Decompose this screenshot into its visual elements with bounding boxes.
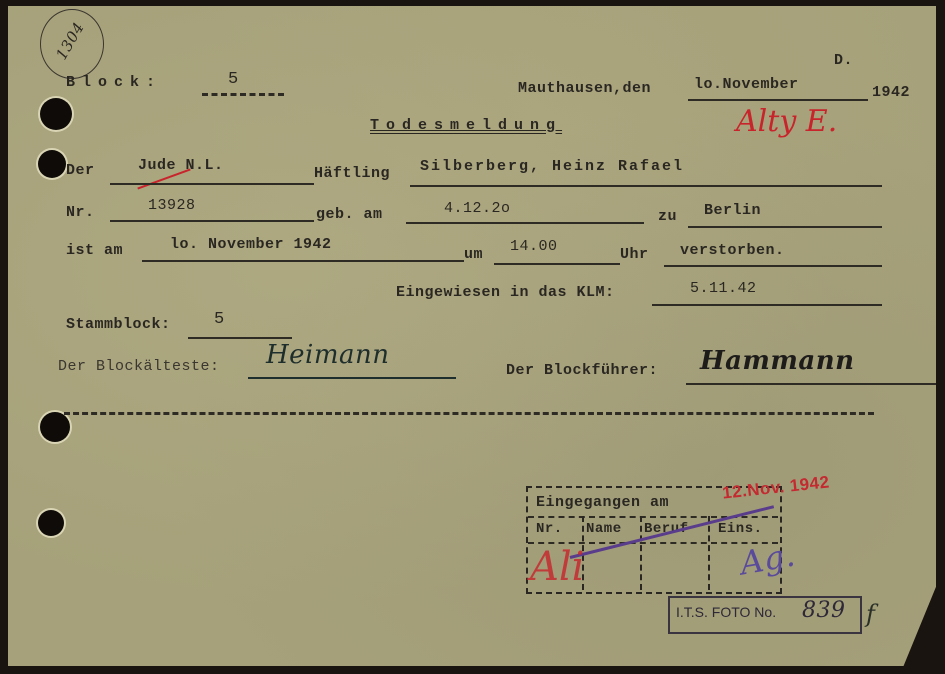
stamp-column-divider — [708, 516, 710, 590]
um-label: um — [464, 246, 483, 263]
its-number: 839 — [802, 598, 846, 623]
place-date-label: Mauthausen,den — [518, 80, 651, 97]
eingewiesen-label: Eingewiesen in das KLM: — [396, 284, 615, 301]
nr-underline — [110, 220, 314, 222]
red-initials: Ali — [530, 544, 584, 590]
verstorben-underline — [664, 265, 882, 267]
stammblock-value: 5 — [214, 310, 225, 329]
name-underline — [410, 185, 882, 187]
block-value: 5 — [228, 70, 239, 89]
stamp-column-divider — [640, 516, 642, 590]
blockfuehrer-signature: Hammann — [700, 346, 855, 376]
stammblock-underline — [188, 337, 292, 339]
geb-value: 4.12.2o — [444, 200, 511, 217]
uhr-label: Uhr — [620, 246, 649, 263]
haeftling-label: Häftling — [314, 165, 390, 182]
red-handwritten-annotation: Alty E. — [736, 104, 837, 139]
blockaelteste-signature: Heimann — [266, 340, 390, 370]
year: 1942 — [872, 84, 910, 101]
punch-hole — [40, 412, 70, 442]
stamp-header: Eingegangen am — [536, 494, 669, 511]
stamp-col-nr: Nr. — [536, 521, 563, 537]
nr-label: Nr. — [66, 204, 95, 221]
blockaelteste-label: Der Blockälteste: — [58, 358, 220, 375]
blockaelteste-underline — [248, 377, 456, 379]
date-value: lo.November — [694, 76, 799, 93]
eingewiesen-value: 5.11.42 — [690, 280, 757, 297]
der-label: Der — [66, 162, 95, 179]
zu-label: zu — [658, 208, 677, 225]
death-date-value: lo. November 1942 — [170, 236, 332, 253]
ist-am-label: ist am — [66, 242, 123, 259]
zu-underline — [688, 226, 882, 228]
punch-hole — [40, 98, 72, 130]
block-underline — [202, 93, 284, 96]
blockfuehrer-underline — [686, 383, 936, 385]
nr-value: 13928 — [148, 197, 196, 214]
zu-value: Berlin — [704, 202, 761, 219]
blockfuehrer-label: Der Blockführer: — [506, 362, 658, 379]
its-suffix: f — [866, 600, 875, 628]
stammblock-label: Stammblock: — [66, 316, 171, 333]
block-label: Block: — [66, 74, 162, 91]
geb-underline — [406, 222, 644, 224]
verstorben-value: verstorben. — [680, 242, 785, 259]
punch-hole — [38, 510, 64, 536]
time-underline — [494, 263, 620, 265]
der-underline — [110, 183, 314, 185]
punch-hole — [38, 150, 66, 178]
date-underline — [688, 99, 868, 101]
document-title: Todesmeldung — [370, 117, 562, 134]
stamp-col-eins: Eins. — [718, 521, 763, 537]
time-value: 14.00 — [510, 238, 558, 255]
death-date-underline — [142, 260, 464, 262]
name-value: Silberberg, Heinz Rafael — [420, 158, 684, 175]
stamp-col-name: Name — [586, 521, 622, 537]
its-label: I.T.S. FOTO No. — [676, 604, 776, 620]
dashed-divider — [64, 412, 874, 415]
eingewiesen-underline — [652, 304, 882, 306]
corner-mark: D. — [834, 52, 853, 69]
geb-label: geb. am — [316, 206, 383, 223]
